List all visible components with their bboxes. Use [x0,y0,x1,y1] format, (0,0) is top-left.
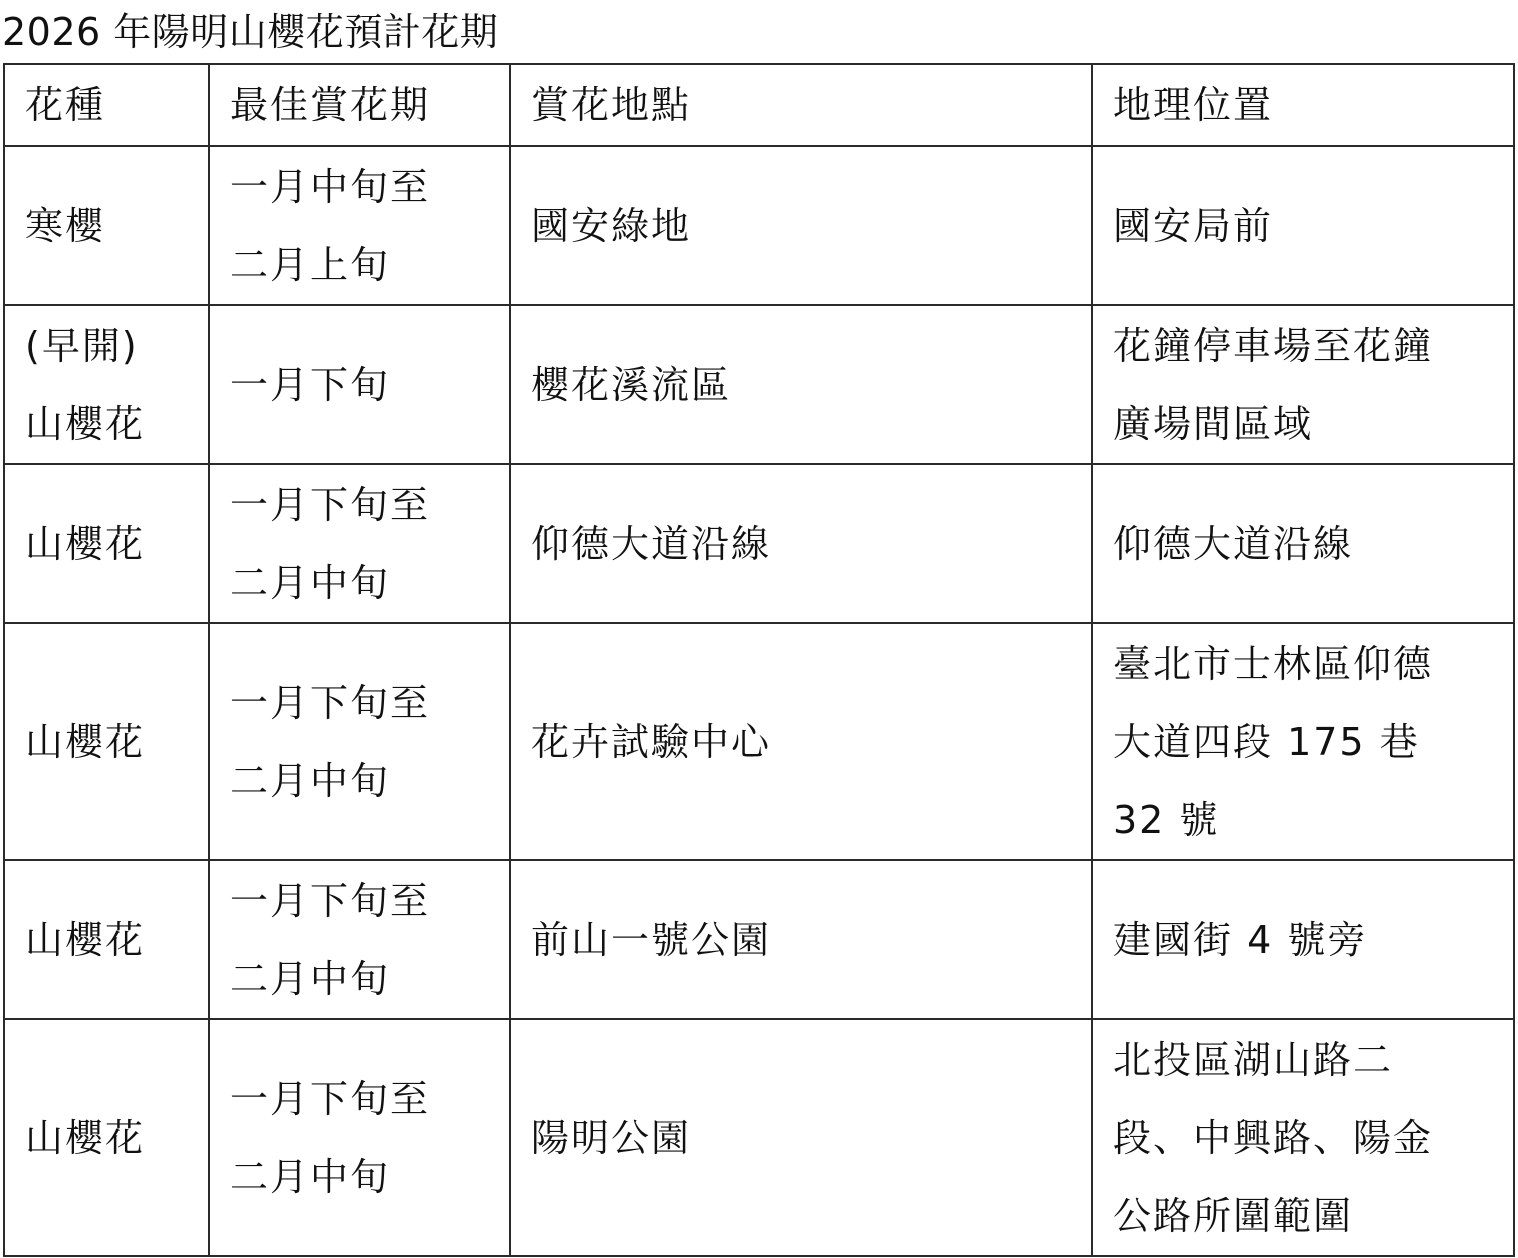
table-row: 山櫻花 一月下旬至 二月中旬 陽明公園 北投區湖山路二 段、中興路、陽金 公路所… [4,1019,1514,1256]
cell-line: 花卉試驗中心 [531,703,1073,781]
header-species: 花種 [4,64,209,146]
cell-line: 一月下旬至 [230,862,491,940]
cell-line: 山櫻花 [25,901,190,979]
cell-line: 花鐘停車場至花鐘 [1113,307,1495,385]
cell-line: 仰德大道沿線 [531,505,1073,583]
cell-period: 一月下旬至 二月中旬 [209,464,510,623]
cell-address: 仰德大道沿線 [1092,464,1514,623]
cell-line: 32 號 [1113,781,1495,859]
cell-location: 櫻花溪流區 [510,305,1092,464]
cell-species: 山櫻花 [4,1019,209,1256]
table-row: (早開) 山櫻花 一月下旬 櫻花溪流區 花鐘停車場至花鐘 廣場間區域 [4,305,1514,464]
table-header-row: 花種 最佳賞花期 賞花地點 地理位置 [4,64,1514,146]
cell-line: 國安局前 [1113,187,1495,265]
cell-line: 山櫻花 [25,385,190,463]
cell-line: 前山一號公園 [531,901,1073,979]
cell-address: 北投區湖山路二 段、中興路、陽金 公路所圍範圍 [1092,1019,1514,1256]
table-row: 寒櫻 一月中旬至 二月上旬 國安綠地 國安局前 [4,146,1514,305]
cell-line: 寒櫻 [25,187,190,265]
cell-line: 一月下旬至 [230,1060,491,1138]
table-row: 山櫻花 一月下旬至 二月中旬 花卉試驗中心 臺北市士林區仰德 大道四段 175 … [4,623,1514,860]
cell-line: 國安綠地 [531,187,1073,265]
cell-period: 一月下旬 [209,305,510,464]
header-viewing-location: 賞花地點 [510,64,1092,146]
cell-line: 二月中旬 [230,940,491,1018]
cell-line: 建國街 4 號旁 [1113,901,1495,979]
cell-line: 公路所圍範圍 [1113,1177,1495,1255]
cell-address: 花鐘停車場至花鐘 廣場間區域 [1092,305,1514,464]
cell-period: 一月下旬至 二月中旬 [209,1019,510,1256]
cell-line: 二月中旬 [230,544,491,622]
cell-line: 一月下旬至 [230,664,491,742]
cell-line: 一月下旬至 [230,466,491,544]
document-title: 2026 年陽明山櫻花預計花期 [2,8,498,56]
cell-line: 陽明公園 [531,1099,1073,1177]
cell-line: 一月下旬 [230,346,491,424]
cherry-blossom-schedule-table: 花種 最佳賞花期 賞花地點 地理位置 寒櫻 一月中旬至 二月上旬 國安綠地 國安… [3,63,1515,1257]
table-row: 山櫻花 一月下旬至 二月中旬 前山一號公園 建國街 4 號旁 [4,860,1514,1019]
cell-location: 國安綠地 [510,146,1092,305]
table-row: 山櫻花 一月下旬至 二月中旬 仰德大道沿線 仰德大道沿線 [4,464,1514,623]
cell-location: 仰德大道沿線 [510,464,1092,623]
cell-line: 大道四段 175 巷 [1113,703,1495,781]
cell-species: 山櫻花 [4,623,209,860]
cell-line: 北投區湖山路二 [1113,1021,1495,1099]
cell-address: 臺北市士林區仰德 大道四段 175 巷 32 號 [1092,623,1514,860]
cell-period: 一月中旬至 二月上旬 [209,146,510,305]
cell-line: 山櫻花 [25,1099,190,1177]
cell-line: 二月中旬 [230,742,491,820]
header-best-period: 最佳賞花期 [209,64,510,146]
cell-species: 寒櫻 [4,146,209,305]
cell-species: 山櫻花 [4,860,209,1019]
cell-species: (早開) 山櫻花 [4,305,209,464]
cell-line: 一月中旬至 [230,148,491,226]
cell-period: 一月下旬至 二月中旬 [209,860,510,1019]
cell-line: 廣場間區域 [1113,385,1495,463]
cell-address: 國安局前 [1092,146,1514,305]
cell-line: 二月上旬 [230,226,491,304]
cell-location: 花卉試驗中心 [510,623,1092,860]
cell-period: 一月下旬至 二月中旬 [209,623,510,860]
cell-address: 建國街 4 號旁 [1092,860,1514,1019]
cell-line: 櫻花溪流區 [531,346,1073,424]
header-geographic-location: 地理位置 [1092,64,1514,146]
cell-location: 前山一號公園 [510,860,1092,1019]
cell-line: 臺北市士林區仰德 [1113,625,1495,703]
cell-line: (早開) [25,307,190,385]
cell-location: 陽明公園 [510,1019,1092,1256]
cell-line: 仰德大道沿線 [1113,505,1495,583]
cell-line: 山櫻花 [25,505,190,583]
cell-line: 二月中旬 [230,1138,491,1216]
cell-line: 山櫻花 [25,703,190,781]
cell-species: 山櫻花 [4,464,209,623]
cell-line: 段、中興路、陽金 [1113,1099,1495,1177]
